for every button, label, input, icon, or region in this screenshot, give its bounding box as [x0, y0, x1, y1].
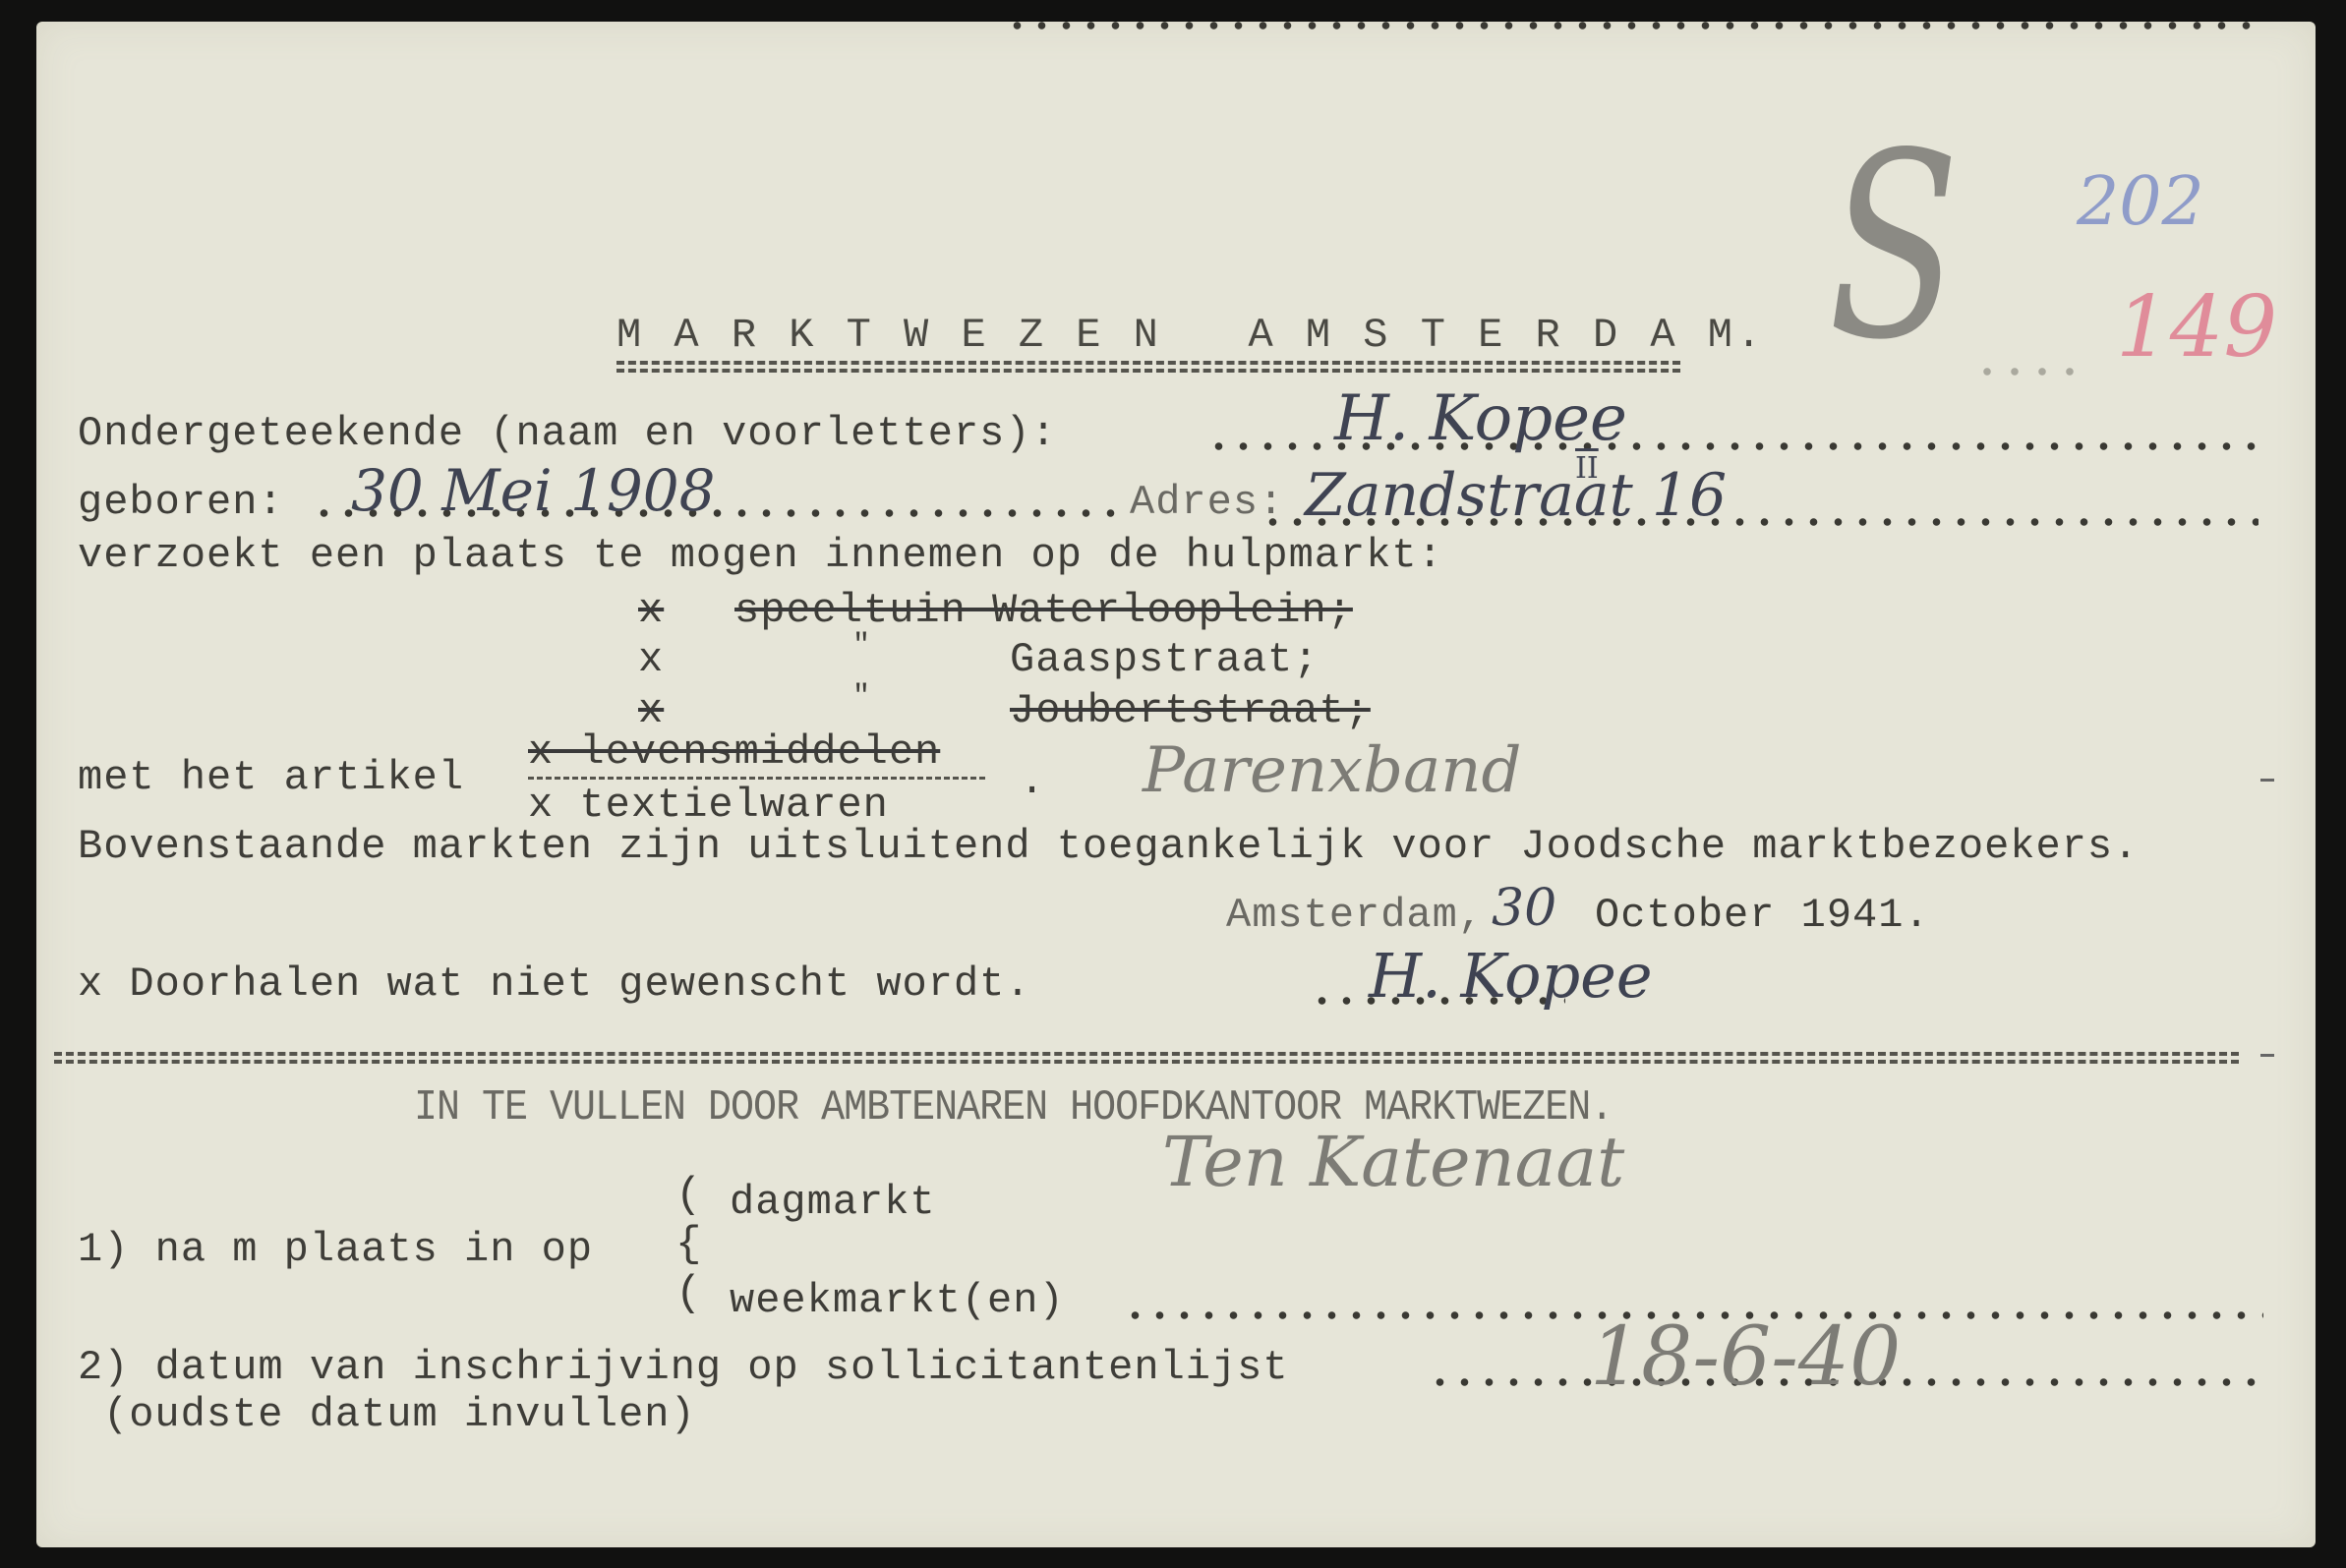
born-label: geboren:: [78, 482, 284, 523]
item1-option-day: dagmarkt: [730, 1182, 936, 1223]
item1-label: 1) na m plaats in op: [78, 1229, 593, 1270]
pencil-mark-annotation: S: [1828, 120, 1960, 376]
article-period: .: [1020, 761, 1045, 802]
born-value-handwritten: 30 Mei 1908: [351, 462, 716, 519]
item1-day-dotted-line: [1005, 22, 2263, 29]
market-option-3-name: Joubertstraat;: [1010, 690, 1371, 731]
applicant-label: Ondergeteekende (naam en voorletters):: [78, 413, 1057, 454]
item2-value-handwritten: 18-6-40: [1590, 1317, 1901, 1398]
place-date-rest: October 1941.: [1595, 895, 1930, 936]
title-double-rule: [616, 361, 1680, 373]
red-number-annotation: 149: [2116, 285, 2277, 370]
item2-note: (oudste datum invullen): [103, 1394, 696, 1435]
notice-text: Bovenstaande markten zijn uitsluitend to…: [78, 826, 2139, 867]
article-option-textile: x textielwaren: [528, 784, 889, 826]
document-card: M A R K T W E Z E N A M S T E R D A M. S…: [36, 22, 2316, 1547]
item2-label: 2) datum van inschrijving op sollicitant…: [78, 1347, 1289, 1388]
market-option-marker-2: x: [638, 639, 664, 680]
official-signature-handwritten: Ten Katenaat: [1162, 1128, 1624, 1196]
address-label: Adres:: [1130, 482, 1284, 523]
market-option-ditto-2: ": [852, 631, 871, 661]
article-option-food: x levensmiddelen: [528, 731, 940, 773]
address-floor-handwritten: II: [1575, 454, 1599, 484]
right-edge-tick-lower: [2260, 1054, 2274, 1057]
place-date-day-handwritten: 30: [1492, 883, 1556, 934]
place-date-prefix: Amsterdam,: [1226, 895, 1484, 936]
strike-note: x Doorhalen wat niet gewenscht wordt.: [78, 963, 1031, 1005]
market-option-2-name: Gaaspstraat;: [1010, 639, 1319, 680]
market-option-ditto-3: ": [852, 682, 871, 712]
document-title: M A R K T W E Z E N A M S T E R D A M.: [616, 315, 1765, 356]
market-option-1-name: speeltuin Waterlooplein;: [734, 587, 1353, 634]
item1-option-week: weekmarkt(en): [730, 1280, 1065, 1321]
right-edge-tick: [2260, 779, 2274, 782]
official-section-double-rule: [54, 1052, 2239, 1064]
blue-number-annotation: 202: [2077, 169, 2204, 236]
market-option-marker-1: x: [638, 590, 664, 631]
item1-brace-top: (: [675, 1174, 701, 1217]
market-option-marker-3: x: [638, 690, 664, 731]
applicant-signature: H. Kopee: [1369, 946, 1653, 1007]
top-right-dots: [1973, 368, 2082, 376]
article-handwritten-note: Parenxband: [1143, 739, 1521, 802]
request-line: verzoekt een plaats te mogen innemen op …: [78, 535, 1443, 576]
address-value-handwritten: Zandstraat 16: [1305, 466, 1727, 525]
article-label: met het artikel: [78, 757, 464, 798]
market-option-1: speeltuin Waterlooplein;: [734, 590, 1353, 631]
applicant-name-handwritten: H. Kopee: [1334, 387, 1627, 450]
item1-brace-mid: {: [675, 1223, 701, 1266]
item1-brace-bottom: (: [675, 1272, 701, 1315]
